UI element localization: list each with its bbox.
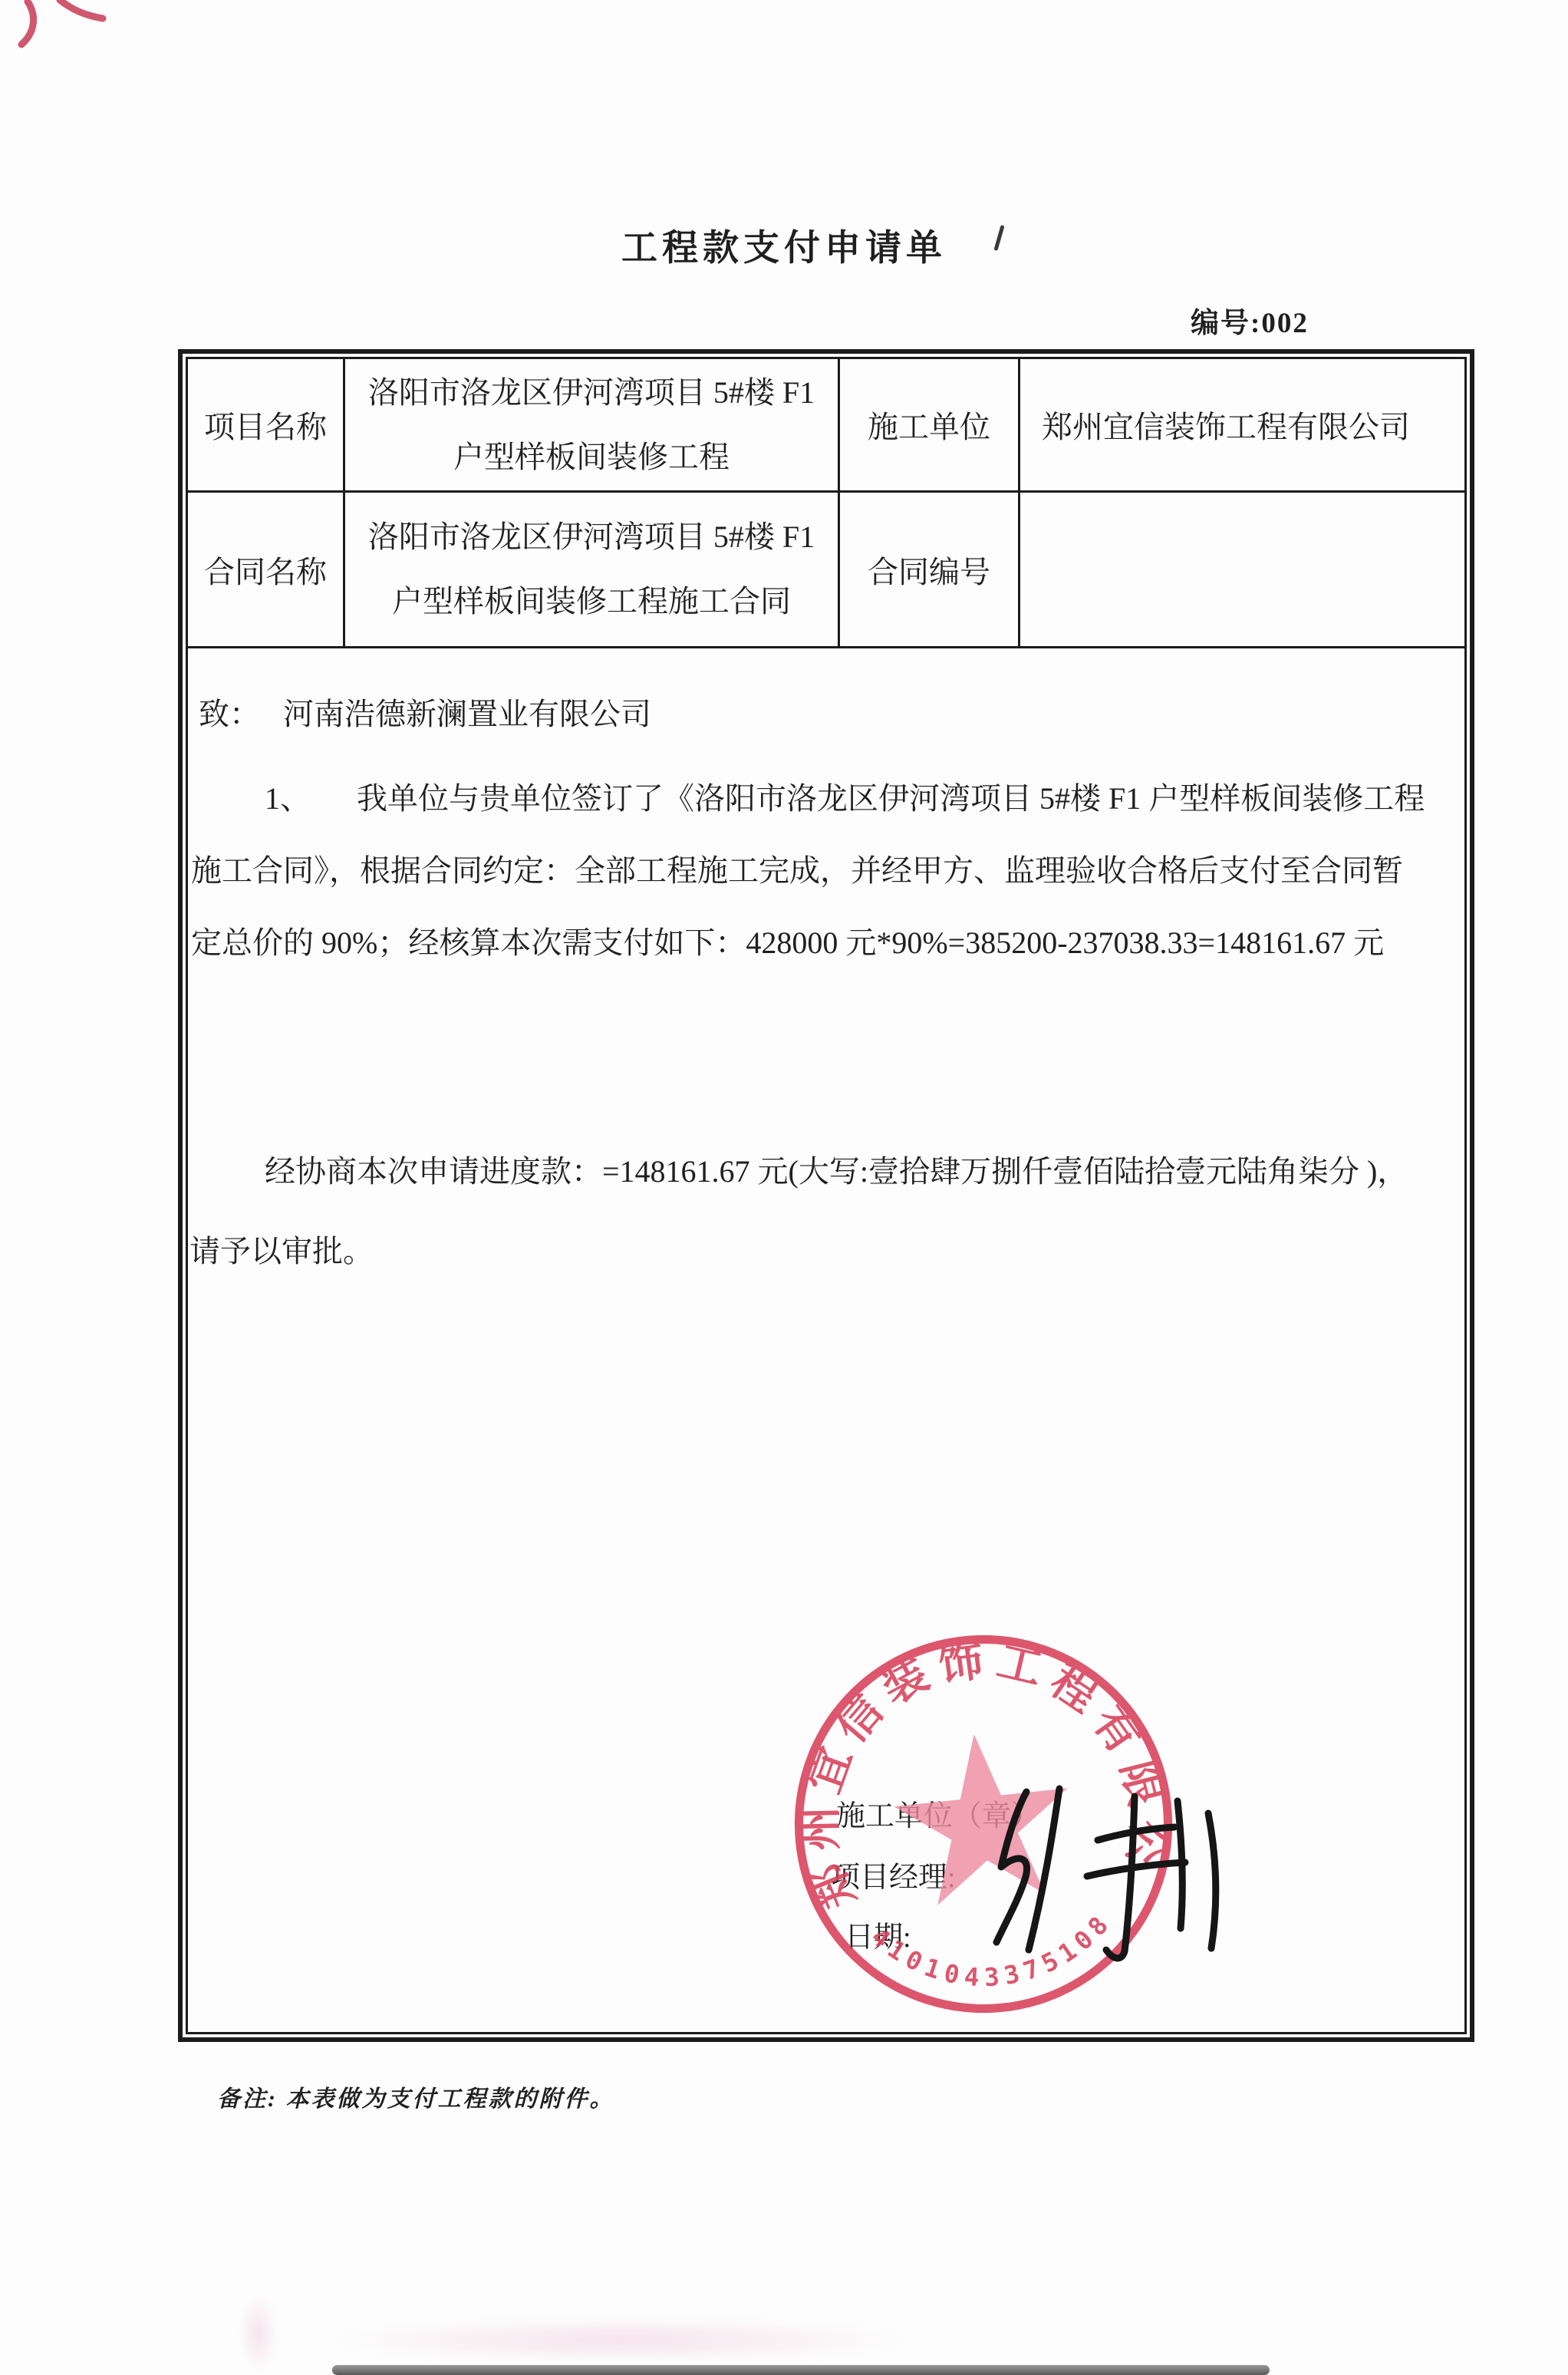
scan-smudge bbox=[330, 2317, 913, 2363]
contractor-label: 施工单位 bbox=[840, 359, 1020, 493]
addressee-line: 致： 河南浩德新澜置业有限公司 bbox=[199, 696, 651, 733]
contract-name-label: 合同名称 bbox=[188, 493, 345, 648]
scan-smudge-left bbox=[239, 2294, 278, 2371]
contractor-value: 郑州宜信装饰工程有限公司 bbox=[1020, 359, 1464, 493]
paragraph1-line3: 定总价的 90%；经核算本次需支付如下：428000 元*90%=385200-… bbox=[191, 925, 1384, 962]
contract-name-line1: 洛阳市洛龙区伊河湾项目 5#楼 F1 bbox=[368, 505, 815, 569]
project-name-label: 项目名称 bbox=[188, 359, 345, 493]
doc-number: 编号:002 bbox=[1191, 299, 1309, 341]
contract-name-line2: 户型样板间装修工程施工合同 bbox=[368, 569, 815, 634]
footer-note: 备注: 本表做为支付工程款的附件。 bbox=[217, 2080, 615, 2113]
paragraph1-line1: 1、 我单位与贵单位签订了《洛阳市洛龙区伊河湾项目 5#楼 F1 户型样板间装修… bbox=[265, 780, 1425, 817]
scan-corner-red-marks bbox=[6, 0, 121, 54]
project-name-value: 洛阳市洛龙区伊河湾项目 5#楼 F1 户型样板间装修工程 bbox=[345, 359, 840, 493]
scan-edge-band bbox=[332, 2365, 1270, 2375]
paragraph2-line1: 经协商本次申请进度款：=148161.67 元(大写:壹拾肆万捌仟壹佰陆拾壹元陆… bbox=[265, 1153, 1408, 1190]
payment-application-form: 工程款支付申请单 编号:002 项目名称 洛阳市洛龙区伊河湾项目 5#楼 F1 … bbox=[0, 0, 1568, 2375]
handwritten-signature bbox=[984, 1767, 1249, 1971]
contract-name-value: 洛阳市洛龙区伊河湾项目 5#楼 F1 户型样板间装修工程施工合同 bbox=[345, 493, 840, 648]
page-title: 工程款支付申请单 bbox=[0, 219, 1568, 271]
project-name-line2: 户型样板间装修工程 bbox=[368, 425, 815, 490]
paragraph1-line2: 施工合同》，根据合同约定：全部工程施工完成，并经甲方、监理验收合格后支付至合同暂 bbox=[191, 853, 1403, 889]
contract-number-value bbox=[1020, 493, 1464, 648]
contract-number-label: 合同编号 bbox=[840, 493, 1020, 648]
paragraph2-line2: 请予以审批。 bbox=[189, 1233, 374, 1270]
project-name-line1: 洛阳市洛龙区伊河湾项目 5#楼 F1 bbox=[368, 361, 815, 425]
